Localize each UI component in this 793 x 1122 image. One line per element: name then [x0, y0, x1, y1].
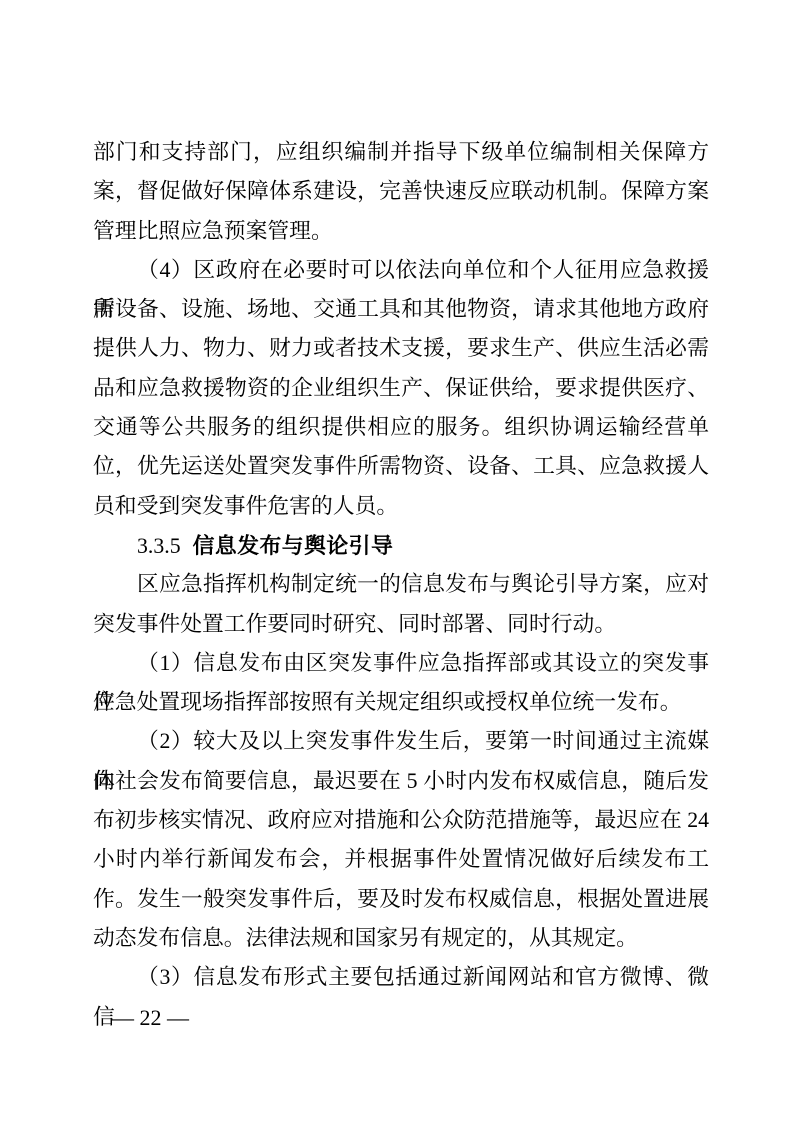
- text-line: 小时内举行新闻发布会，并根据事件处置情况做好后续发布工: [93, 840, 709, 879]
- page-number: — 22 —: [112, 1005, 189, 1030]
- document-page: 部门和支持部门，应组织编制并指导下级单位编制相关保障方案，督促做好保障体系建设，…: [0, 0, 793, 1122]
- section-title: 信息发布与舆论引导: [193, 533, 394, 558]
- text-line: 交通等公共服务的组织提供相应的服务。组织协调运输经营单: [93, 408, 709, 447]
- text-line: 区应急指挥机构制定统一的信息发布与舆论引导方案，应对: [93, 565, 709, 604]
- text-line: 布初步核实情况、政府应对措施和公众防范措施等，最迟应在 24: [93, 801, 709, 840]
- text-line: （4）区政府在必要时可以依法向单位和个人征用应急救援所: [93, 251, 709, 290]
- page-content: 部门和支持部门，应组织编制并指导下级单位编制相关保障方案，督促做好保障体系建设，…: [93, 133, 709, 998]
- text-line: 需设备、设施、场地、交通工具和其他物资，请求其他地方政府: [93, 290, 709, 329]
- section-heading: 3.3.5信息发布与舆论引导: [93, 526, 709, 565]
- text-line: 品和应急救援物资的企业组织生产、保证供给，要求提供医疗、: [93, 369, 709, 408]
- text-line: 动态发布信息。法律法规和国家另有规定的，从其规定。: [93, 919, 709, 958]
- text-line: 管理比照应急预案管理。: [93, 212, 709, 251]
- text-line: 位，优先运送处置突发事件所需物资、设备、工具、应急救援人: [93, 447, 709, 486]
- text-line: （2）较大及以上突发事件发生后，要第一时间通过主流媒体: [93, 722, 709, 761]
- text-line: 应急处置现场指挥部按照有关规定组织或授权单位统一发布。: [93, 683, 709, 722]
- text-line: 向社会发布简要信息，最迟要在 5 小时内发布权威信息，随后发: [93, 762, 709, 801]
- text-line: 案，督促做好保障体系建设，完善快速反应联动机制。保障方案: [93, 172, 709, 211]
- text-line: （3）信息发布形式主要包括通过新闻网站和官方微博、微信: [93, 958, 709, 997]
- text-line: 作。发生一般突发事件后，要及时发布权威信息，根据处置进展: [93, 880, 709, 919]
- text-line: （1）信息发布由区突发事件应急指挥部或其设立的突发事件: [93, 644, 709, 683]
- text-line: 突发事件处置工作要同时研究、同时部署、同时行动。: [93, 605, 709, 644]
- section-number: 3.3.5: [137, 534, 181, 558]
- text-line: 员和受到突发事件危害的人员。: [93, 487, 709, 526]
- text-line: 部门和支持部门，应组织编制并指导下级单位编制相关保障方: [93, 133, 709, 172]
- text-line: 提供人力、物力、财力或者技术支援，要求生产、供应生活必需: [93, 329, 709, 368]
